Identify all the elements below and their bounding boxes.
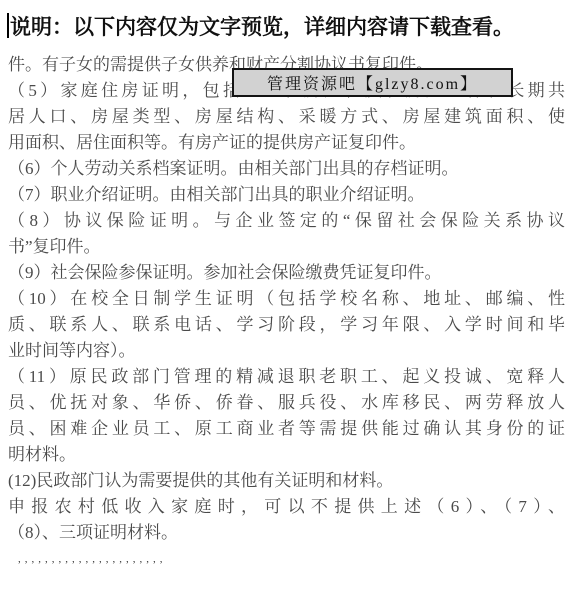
text-line: （9）社会保险参保证明。参加社会保险缴费凭证复印件。 bbox=[8, 260, 565, 286]
ellipsis-line: ,,,,,,,,,,,,,,,,,,,,,, bbox=[8, 546, 565, 572]
text-line: 申报农村低收入家庭时，可以不提供上述（6）、（7）、 bbox=[8, 494, 565, 520]
text-line: 员、困难企业员工、原工商业者等需提供能过确认其身份的证 bbox=[8, 416, 565, 442]
text-line: （8）、三项证明材料。 bbox=[8, 520, 565, 546]
document-body: 件。有子女的需提供子女供养和财产分割协议书复印件。（5）家庭住房证明，包括地址、… bbox=[8, 52, 565, 572]
text-line: 居人口、房屋类型、房屋结构、采暖方式、房屋建筑面积、使 bbox=[8, 104, 565, 130]
text-line: （8）协议保险证明。与企业签定的“保留社会保险关系协议 bbox=[8, 208, 565, 234]
preview-notice-text: 说明：以下内容仅为文字预览，详细内容请下载查看。 bbox=[10, 16, 514, 39]
document-preview-page: 说明：以下内容仅为文字预览，详细内容请下载查看。 件。有子女的需提供子女供养和财… bbox=[0, 0, 578, 600]
text-line: （11）原民政部门管理的精减退职老职工、起义投诚、宽释人 bbox=[8, 364, 565, 390]
text-line: （6）个人劳动关系档案证明。由相关部门出具的存档证明。 bbox=[8, 156, 565, 182]
text-line: (12)民政部门认为需要提供的其他有关证明和材料。 bbox=[8, 468, 565, 494]
text-line: （7）职业介绍证明。由相关部门出具的职业介绍证明。 bbox=[8, 182, 565, 208]
text-cursor bbox=[7, 13, 9, 38]
preview-notice: 说明：以下内容仅为文字预览，详细内容请下载查看。 bbox=[7, 11, 514, 41]
text-line: 明材料。 bbox=[8, 442, 565, 468]
watermark-stamp[interactable]: 管理资源吧【glzy8.com】 bbox=[232, 68, 513, 97]
text-line: 用面积、居住面积等。有房产证的提供房产证复印件。 bbox=[8, 130, 565, 156]
text-line: 书”复印件。 bbox=[8, 234, 565, 260]
text-line: 员、优抚对象、华侨、侨眷、服兵役、水库移民、两劳释放人 bbox=[8, 390, 565, 416]
text-line: 业时间等内容）。 bbox=[8, 338, 565, 364]
watermark-stamp-label: 管理资源吧【glzy8.com】 bbox=[267, 71, 478, 94]
text-line: （10）在校全日制学生证明（包括学校名称、地址、邮编、性 bbox=[8, 286, 565, 312]
text-line: 质、联系人、联系电话、学习阶段，学习年限、入学时间和毕 bbox=[8, 312, 565, 338]
